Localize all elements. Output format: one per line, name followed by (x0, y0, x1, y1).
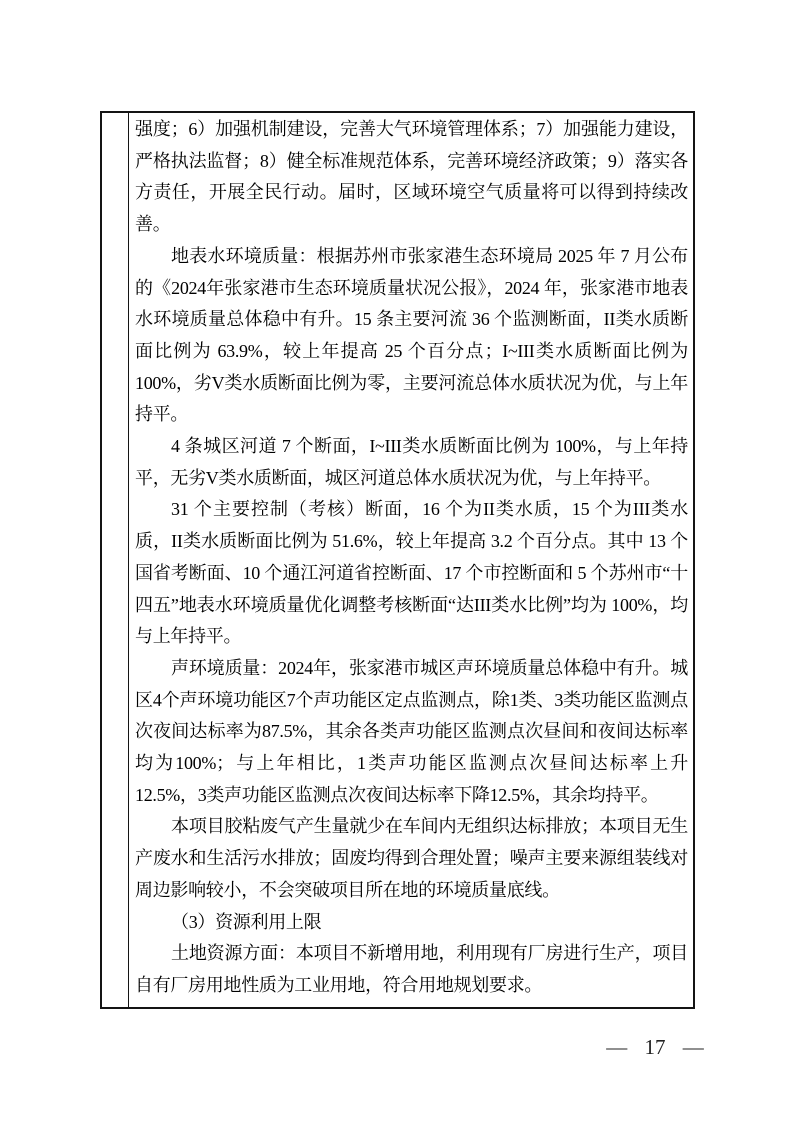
content-table: 强度；6）加强机制建设，完善大气环境管理体系；7）加强能力建设，严格执法监督；8… (100, 111, 695, 1009)
paragraph: 声环境质量：2024年，张家港市城区声环境质量总体稳中有升。城区4个声环境功能区… (135, 653, 688, 812)
paragraph: 土地资源方面：本项目不新增用地，利用现有厂房进行生产，项目自有厂房用地性质为工业… (135, 938, 688, 1001)
paragraph: 本项目的资源消耗主要体现在水、电等资源的利用上。本项目全过程贯彻清洁生产、循环经… (135, 1002, 688, 1007)
paragraph: 4 条城区河道 7 个断面，I~III类水质断面比例为 100%，与上年持平，无… (135, 431, 688, 494)
paragraph: 31 个主要控制（考核）断面，16 个为II类水质，15 个为III类水质，II… (135, 494, 688, 653)
paragraph: 地表水环境质量：根据苏州市张家港生态环境局 2025 年 7 月公布的《2024… (135, 241, 688, 431)
document-page: 强度；6）加强机制建设，完善大气环境管理体系；7）加强能力建设，严格执法监督；8… (0, 0, 793, 1122)
paragraph: （3）资源利用上限 (135, 907, 688, 939)
table-text-cell: 强度；6）加强机制建设，完善大气环境管理体系；7）加强能力建设，严格执法监督；8… (129, 113, 693, 1007)
paragraph: 强度；6）加强机制建设，完善大气环境管理体系；7）加强能力建设，严格执法监督；8… (135, 114, 688, 241)
page-number: — 17 — (555, 1034, 755, 1060)
table-stub-column (102, 113, 129, 1007)
paragraph: 本项目胶粘废气产生量就少在车间内无组织达标排放；本项目无生产废水和生活污水排放；… (135, 811, 688, 906)
